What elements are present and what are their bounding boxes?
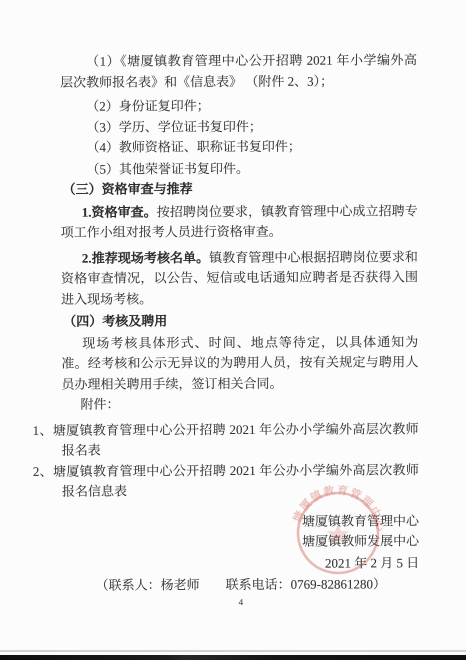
section-heading-4: （四）考核及聘用	[61, 310, 418, 332]
copy-item-3: （3）学历、学位证书复印件；	[60, 116, 417, 138]
paragraph-assessment: 现场考核具体形式、时间、地点等待定，以具体通知为准。经考核和公示无异议的为聘用人…	[61, 332, 418, 395]
signature-block: 塘厦镇教育管理中心 塘厦镇教师发展中心 2021 年 2 月 5 日	[62, 511, 419, 575]
attachment-item-2: 2、塘厦镇教育管理中心公开招聘 2021 年公办小学编外高层次教师报名信息表	[62, 460, 419, 503]
contact-line: （联系人：杨老师 联系电话：0769-82861280）	[62, 574, 419, 596]
attachments-label: 附件：	[61, 393, 418, 415]
scan-edge-shadow	[0, 655, 466, 660]
signature-date: 2021 年 2 月 5 日	[62, 553, 419, 575]
scan-shadow-line	[0, 650, 466, 652]
copy-item-5: （5）其他荣誉证书复印件。	[60, 158, 417, 180]
paragraph-qualification-review: 1.资格审查。按招聘岗位要求，镇教育管理中心成立招聘专项工作小组对报考人员进行资…	[61, 201, 418, 244]
signature-org-2: 塘厦镇教师发展中心	[62, 531, 419, 553]
scanned-document-page: （1）《塘厦镇教育管理中心公开招聘 2021 年小学编外高层次教师报名表》和《信…	[0, 0, 466, 660]
attachment-item-1: 1、塘厦镇教育管理中心公开招聘 2021 年公办小学编外高层次教师报名表	[62, 419, 419, 462]
page-number: 4	[62, 595, 419, 609]
copy-item-4: （4）教师资格证、职称证书复印件；	[60, 136, 417, 158]
copy-item-2: （2）身份证复印件；	[60, 95, 417, 117]
paragraph-shortlist: 2.推荐现场考核名单。镇教育管理中心根据招聘岗位要求和资格审查情况，以公告、短信…	[61, 247, 418, 310]
copy-item-1: （1）《塘厦镇教育管理中心公开招聘 2021 年小学编外高层次教师报名表》和《信…	[60, 50, 417, 93]
section-heading-3: （三）资格审查与推荐	[61, 178, 418, 200]
signature-org-1: 塘厦镇教育管理中心	[62, 511, 419, 533]
paragraph-lead: 2.推荐现场考核名单。	[82, 250, 209, 266]
paragraph-lead: 1.资格审查。	[82, 204, 157, 219]
paragraph-text: 现场考核具体形式、时间、地点等待定，以具体通知为准。经考核和公示无异议的为聘用人…	[61, 334, 418, 392]
document-body: （1）《塘厦镇教育管理中心公开招聘 2021 年小学编外高层次教师报名表》和《信…	[60, 50, 419, 608]
